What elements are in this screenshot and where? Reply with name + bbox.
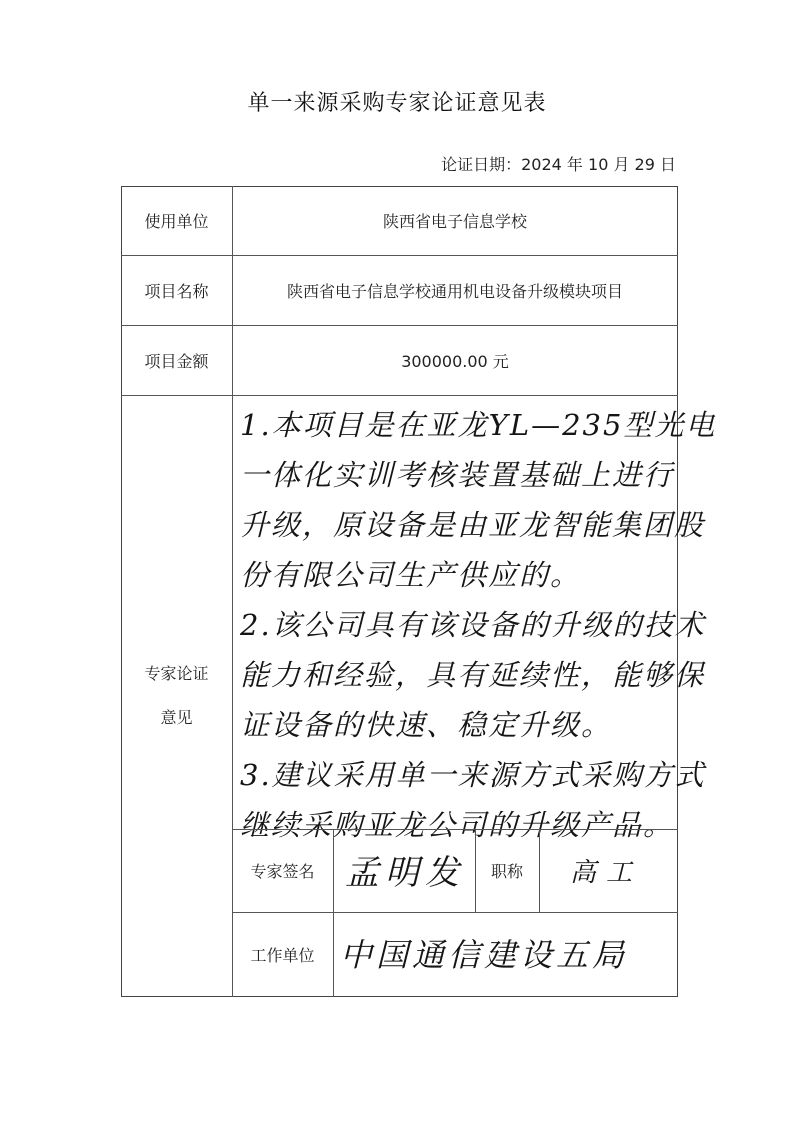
opinion-line: 2.该公司具有该设备的升级的技术 xyxy=(240,600,675,650)
project-name-value: 陕西省电子信息学校通用机电设备升级模块项目 xyxy=(232,255,678,325)
project-amount-value: 300000.00 元 xyxy=(232,325,678,395)
user-unit-value: 陕西省电子信息学校 xyxy=(232,186,678,255)
opinion-line: 1.本项目是在亚龙YL—235型光电 xyxy=(240,400,675,450)
opinion-line: 升级，原设备是由亚龙智能集团股 xyxy=(240,500,675,550)
expert-opinion-label-line2: 意见 xyxy=(160,696,192,740)
project-amount-label: 项目金额 xyxy=(121,325,232,395)
expert-signature-value: 孟明发 xyxy=(345,845,465,894)
opinion-line: 份有限公司生产供应的。 xyxy=(240,550,675,600)
user-unit-label: 使用单位 xyxy=(121,186,232,255)
expert-opinion-handwriting: 1.本项目是在亚龙YL—235型光电 一体化实训考核装置基础上进行 升级，原设备… xyxy=(240,400,675,850)
title-value: 高工 xyxy=(570,852,642,889)
opinion-line: 证设备的快速、稳定升级。 xyxy=(240,700,675,750)
title-label-divider xyxy=(539,829,540,912)
evaluation-date: 论证日期：2024 年 10 月 29 日 xyxy=(441,152,676,175)
document-title: 单一来源采购专家论证意见表 xyxy=(0,86,794,117)
expert-signature-label: 专家签名 xyxy=(232,829,333,912)
workplace-value: 中国通信建设五局 xyxy=(340,930,628,976)
workplace-label: 工作单位 xyxy=(232,912,333,997)
expert-opinion-label-line1: 专家论证 xyxy=(144,652,208,696)
opinion-line: 3.建议采用单一来源方式采购方式 xyxy=(240,750,675,800)
signature-label-divider xyxy=(333,829,334,997)
project-name-label: 项目名称 xyxy=(121,255,232,325)
opinion-line: 能力和经验，具有延续性，能够保 xyxy=(240,650,675,700)
expert-opinion-label: 专家论证 意见 xyxy=(121,395,232,997)
title-label: 职称 xyxy=(475,829,539,912)
opinion-line: 一体化实训考核装置基础上进行 xyxy=(240,450,675,500)
